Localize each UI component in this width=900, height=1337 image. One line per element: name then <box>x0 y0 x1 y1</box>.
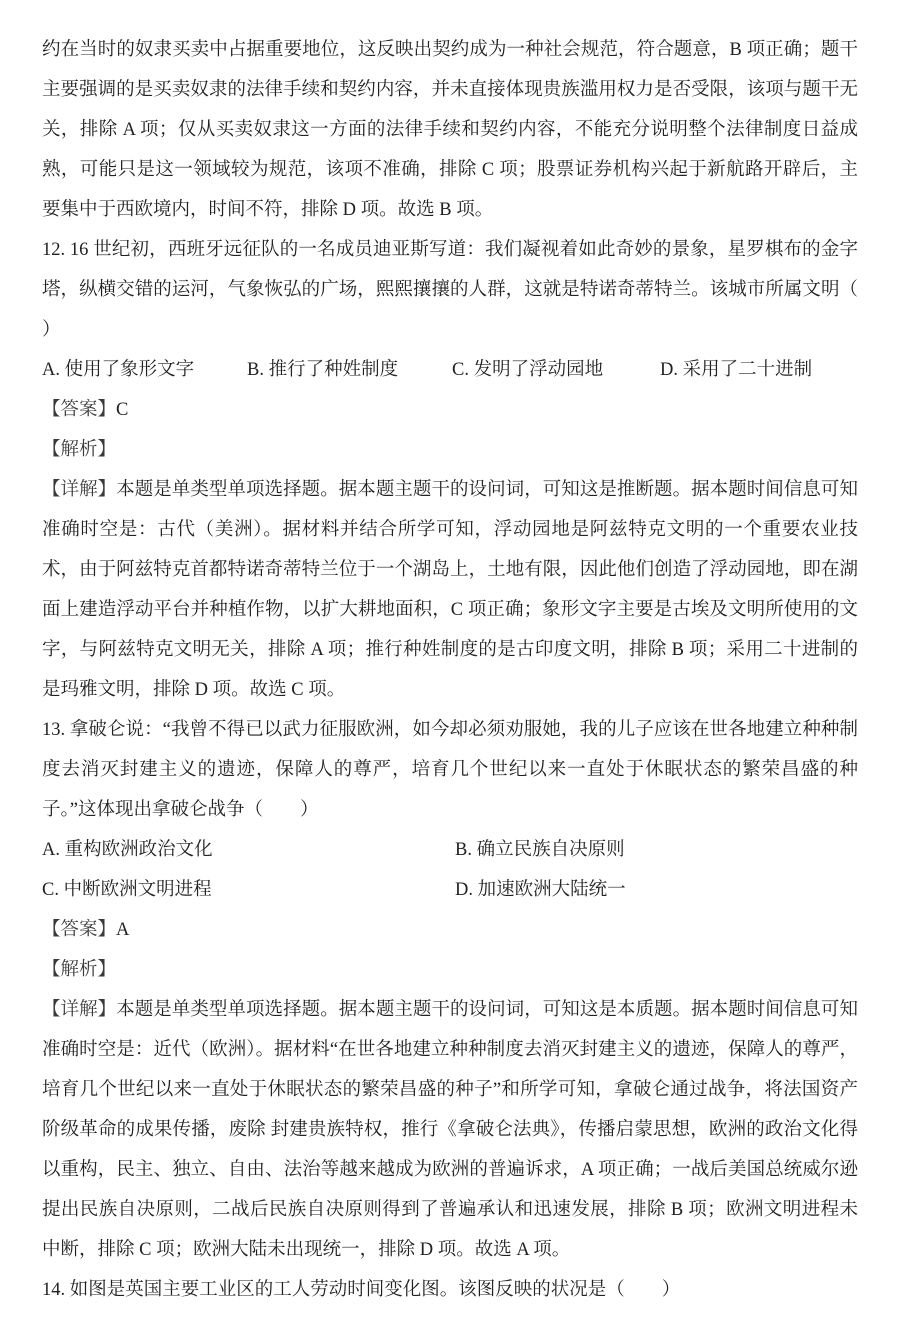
question-13-option-d: D. 加速欧洲大陆统一 <box>455 870 858 910</box>
question-12-options: A. 使用了象形文字 B. 推行了种姓制度 C. 发明了浮动园地 D. 采用了二… <box>42 350 858 390</box>
question-13-stem: 13. 拿破仑说：“我曾不得已以武力征服欧洲，如今却必须劝服她，我的儿子应该在世… <box>42 710 858 830</box>
question-13-answer-line: 【答案】A <box>42 910 858 950</box>
question-12-option-c: C. 发明了浮动园地 <box>452 350 660 390</box>
question-14: 14. 如图是英国主要工业区的工人劳动时间变化图。该图反映的状况是（ ） <box>42 1270 858 1310</box>
answer-explanation-continuation: 约在当时的奴隶买卖中占据重要地位，这反映出契约成为一种社会规范，符合题意，B 项… <box>42 30 858 230</box>
question-13-options-row-1: A. 重构欧洲政治文化 B. 确立民族自决原则 <box>42 830 858 870</box>
question-12-answer-value: C <box>116 400 128 420</box>
question-13-detail-text: 本题是单类型单项选择题。据本题主题干的设问词，可知这是本质题。据本题时间信息可知… <box>42 1000 858 1260</box>
question-12-option-d: D. 采用了二十进制 <box>660 350 858 390</box>
question-12-detail: 【详解】本题是单类型单项选择题。据本题主题干的设问词，可知这是推断题。据本题时间… <box>42 470 858 710</box>
question-13-answer-value: A <box>116 920 129 940</box>
question-13-options-row-2: C. 中断欧洲文明进程 D. 加速欧洲大陆统一 <box>42 870 858 910</box>
question-12-option-a: A. 使用了象形文字 <box>42 350 247 390</box>
exam-document-page: 约在当时的奴隶买卖中占据重要地位，这反映出契约成为一种社会规范，符合题意，B 项… <box>0 0 900 1337</box>
detail-label: 【详解】 <box>42 1000 116 1020</box>
analysis-label: 【解析】 <box>42 960 116 980</box>
question-12-detail-text: 本题是单类型单项选择题。据本题主题干的设问词，可知这是推断题。据本题时间信息可知… <box>42 480 858 700</box>
analysis-label: 【解析】 <box>42 440 116 460</box>
answer-label: 【答案】 <box>42 400 116 420</box>
question-13-option-b: B. 确立民族自决原则 <box>455 830 858 870</box>
question-13-analysis-label: 【解析】 <box>42 950 858 990</box>
question-12-answer-line: 【答案】C <box>42 390 858 430</box>
question-12-analysis-label: 【解析】 <box>42 430 858 470</box>
question-12-option-b: B. 推行了种姓制度 <box>247 350 452 390</box>
answer-label: 【答案】 <box>42 920 116 940</box>
question-13: 13. 拿破仑说：“我曾不得已以武力征服欧洲，如今却必须劝服她，我的儿子应该在世… <box>42 710 858 1270</box>
question-14-stem: 14. 如图是英国主要工业区的工人劳动时间变化图。该图反映的状况是（ ） <box>42 1270 858 1310</box>
detail-label: 【详解】 <box>42 480 116 500</box>
question-13-option-a: A. 重构欧洲政治文化 <box>42 830 455 870</box>
question-12: 12. 16 世纪初，西班牙远征队的一名成员迪亚斯写道：我们凝视着如此奇妙的景象… <box>42 230 858 710</box>
question-13-option-c: C. 中断欧洲文明进程 <box>42 870 455 910</box>
question-12-stem: 12. 16 世纪初，西班牙远征队的一名成员迪亚斯写道：我们凝视着如此奇妙的景象… <box>42 230 858 350</box>
question-13-detail: 【详解】本题是单类型单项选择题。据本题主题干的设问词，可知这是本质题。据本题时间… <box>42 990 858 1270</box>
